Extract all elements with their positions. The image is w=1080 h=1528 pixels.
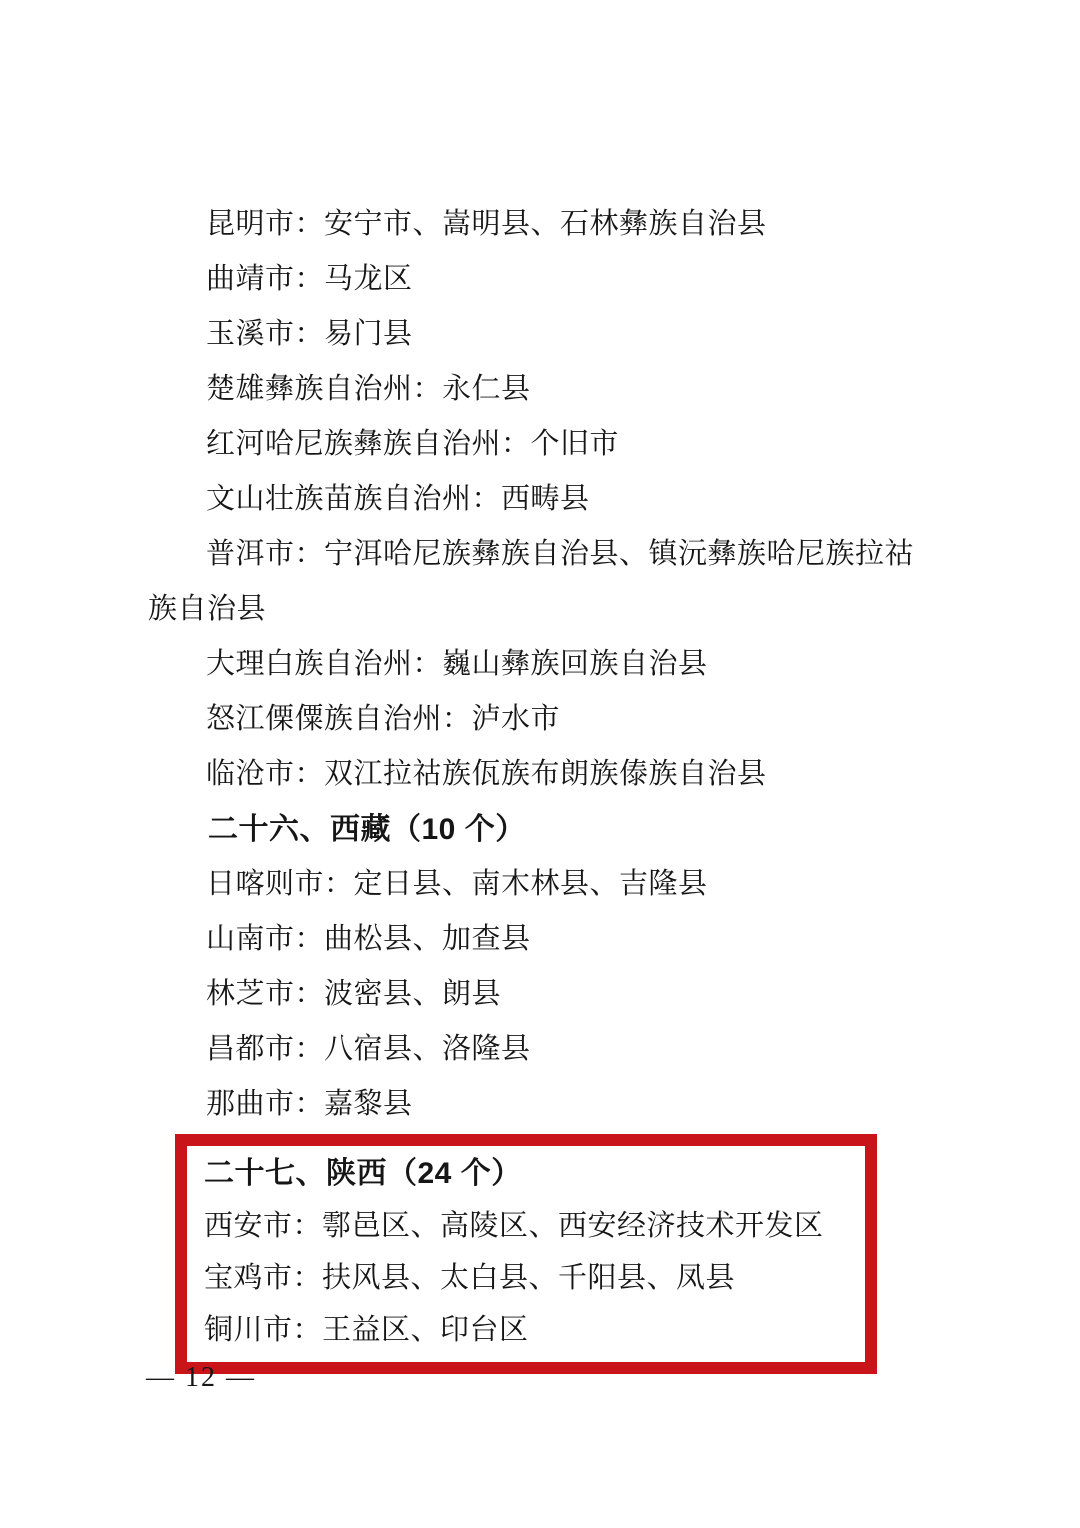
region-line-xian: 西安市：鄠邑区、高陵区、西安经济技术开发区 [204,1200,855,1252]
region-line-lincang: 临沧市：双江拉祜族佤族布朗族傣族自治县 [148,747,943,802]
region-line-puer: 普洱市：宁洱哈尼族彝族自治县、镇沅彝族哈尼族拉祜族自治县 [148,527,943,637]
region-line-linzhi: 林芝市：波密县、朗县 [148,967,943,1022]
region-line-chuxiong: 楚雄彝族自治州：永仁县 [148,362,943,417]
document-page: 昆明市：安宁市、嵩明县、石林彝族自治县 曲靖市：马龙区 玉溪市：易门县 楚雄彝族… [0,0,1080,1528]
region-line-changdu: 昌都市：八宿县、洛隆县 [148,1022,943,1077]
highlight-box-shaanxi: 二十七、陕西（24 个） 西安市：鄠邑区、高陵区、西安经济技术开发区 宝鸡市：扶… [175,1134,877,1374]
region-line-dali: 大理白族自治州：巍山彝族回族自治县 [148,637,943,692]
region-line-qujing: 曲靖市：马龙区 [148,252,943,307]
region-line-shannan: 山南市：曲松县、加查县 [148,912,943,967]
region-line-wenshan: 文山壮族苗族自治州：西畴县 [148,472,943,527]
region-line-honghe: 红河哈尼族彝族自治州：个旧市 [148,417,943,472]
region-line-naqu: 那曲市：嘉黎县 [148,1077,943,1132]
region-line-yuxi: 玉溪市：易门县 [148,307,943,362]
document-body: 昆明市：安宁市、嵩明县、石林彝族自治县 曲靖市：马龙区 玉溪市：易门县 楚雄彝族… [148,197,943,1374]
region-line-rikaze: 日喀则市：定日县、南木林县、吉隆县 [148,857,943,912]
region-line-baoji: 宝鸡市：扶风县、太白县、千阳县、凤县 [204,1252,855,1304]
region-line-nujiang: 怒江傈僳族自治州：泸水市 [148,692,943,747]
section-heading-shaanxi: 二十七、陕西（24 个） [204,1148,855,1200]
region-line-tongchuan: 铜川市：王益区、印台区 [204,1304,855,1356]
region-line-kunming: 昆明市：安宁市、嵩明县、石林彝族自治县 [148,197,943,252]
page-number: — 12 — [146,1362,256,1394]
section-heading-xizang: 二十六、西藏（10 个） [148,802,943,857]
